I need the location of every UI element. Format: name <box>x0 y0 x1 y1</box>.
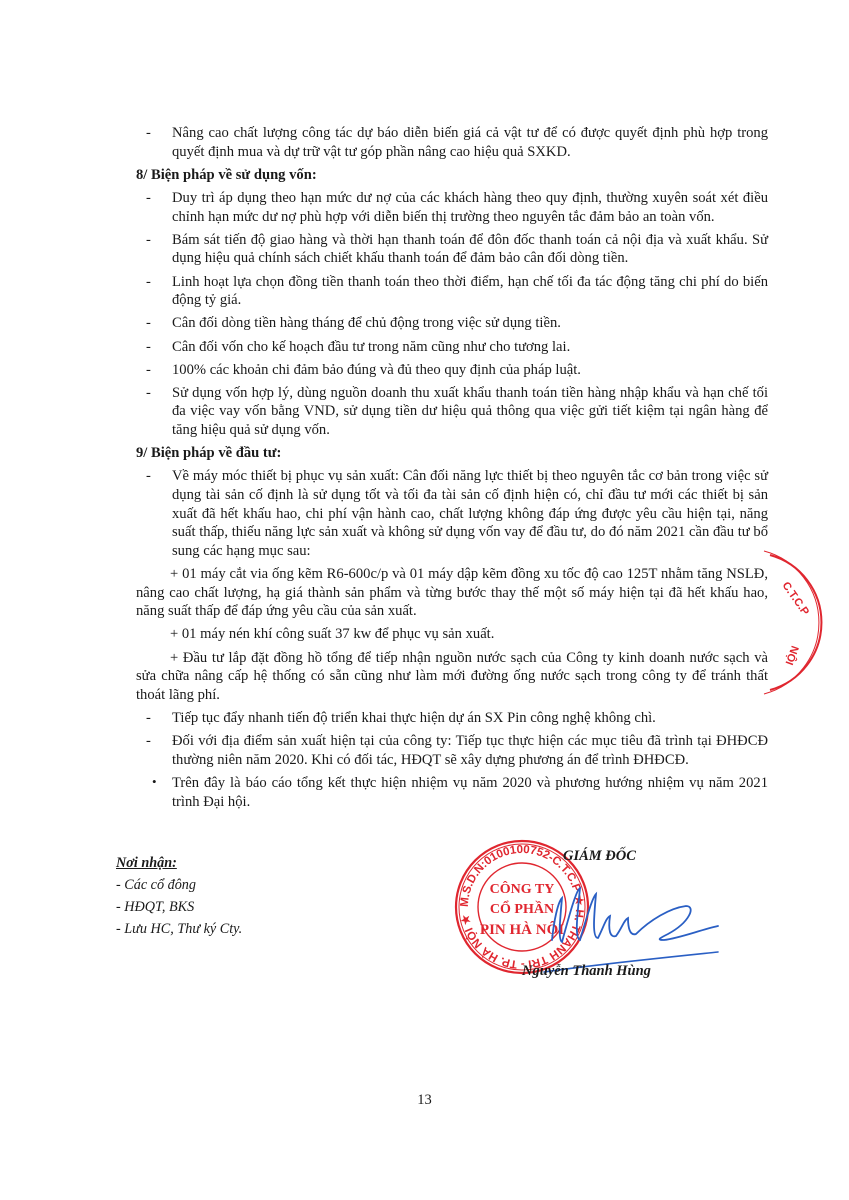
recipients-title: Nơi nhận: <box>116 852 242 874</box>
closing-text: Trên đây là báo cáo tổng kết thực hiện n… <box>172 775 768 810</box>
item-text: Đối với địa điểm sản xuất hiện tại của c… <box>172 733 768 768</box>
sub-item: + 01 máy nén khí công suất 37 kw để phục… <box>136 625 768 644</box>
dash-marker: - <box>146 124 151 143</box>
dash-marker: - <box>146 361 151 380</box>
list-item: -Sử dụng vốn hợp lý, dùng nguồn doanh th… <box>136 384 768 440</box>
recipient-item: - HĐQT, BKS <box>116 896 242 918</box>
list-item: - Nâng cao chất lượng công tác dự báo di… <box>136 124 768 161</box>
list-item: -Về máy móc thiết bị phục vụ sản xuất: C… <box>136 467 768 560</box>
svg-text:NỘI: NỘI <box>782 644 801 667</box>
dash-marker: - <box>146 189 151 208</box>
item-text: Duy trì áp dụng theo hạn mức dư nợ của c… <box>172 190 768 225</box>
list-item: -Bám sát tiến độ giao hàng và thời hạn t… <box>136 231 768 268</box>
bullet-icon: • <box>152 773 157 792</box>
section-heading-investment: 9/ Biện pháp về đầu tư: <box>136 444 768 463</box>
recipients-block: Nơi nhận: - Các cổ đông - HĐQT, BKS - Lư… <box>116 852 242 940</box>
list-item: -Duy trì áp dụng theo hạn mức dư nợ của … <box>136 189 768 226</box>
partial-seal-icon: C.T.C.P NỘI <box>760 545 849 695</box>
item-text: Cân đối vốn cho kế hoạch đầu tư trong nă… <box>172 339 570 355</box>
dash-marker: - <box>146 467 151 486</box>
sub-item: + 01 máy cắt via ống kẽm R6-600c/p và 01… <box>136 565 768 621</box>
svg-text:C.T.C.P: C.T.C.P <box>780 580 812 618</box>
item-text: Bám sát tiến độ giao hàng và thời hạn th… <box>172 232 768 267</box>
list-item: -Đối với địa điểm sản xuất hiện tại của … <box>136 732 768 769</box>
document-page: - Nâng cao chất lượng công tác dự báo di… <box>0 0 849 1200</box>
dash-marker: - <box>146 338 151 357</box>
item-text: Sử dụng vốn hợp lý, dùng nguồn doanh thu… <box>172 385 768 438</box>
item-text: Cân đối dòng tiền hàng tháng để chủ động… <box>172 315 561 331</box>
dash-marker: - <box>146 732 151 751</box>
signer-name: Nguyễn Thanh Hùng <box>522 963 651 980</box>
dash-marker: - <box>146 384 151 403</box>
section-heading-capital: 8/ Biện pháp về sử dụng vốn: <box>136 166 768 185</box>
list-item: -100% các khoản chi đảm bảo đúng và đủ t… <box>136 361 768 380</box>
dash-marker: - <box>146 314 151 333</box>
item-text: Về máy móc thiết bị phục vụ sản xuất: Câ… <box>172 468 768 558</box>
document-body: - Nâng cao chất lượng công tác dự báo di… <box>136 124 768 811</box>
item-text: Linh hoạt lựa chọn đồng tiền thanh toán … <box>172 274 768 309</box>
item-text: Nâng cao chất lượng công tác dự báo diễn… <box>172 125 768 160</box>
item-text: 100% các khoản chi đảm bảo đúng và đủ th… <box>172 362 581 378</box>
dash-marker: - <box>146 273 151 292</box>
list-item: -Cân đối dòng tiền hàng tháng để chủ độn… <box>136 314 768 333</box>
sub-item: + Đầu tư lắp đặt đồng hồ tổng để tiếp nh… <box>136 649 768 705</box>
recipient-item: - Lưu HC, Thư ký Cty. <box>116 918 242 940</box>
list-item: -Linh hoạt lựa chọn đồng tiền thanh toán… <box>136 273 768 310</box>
signer-title: GIÁM ĐỐC <box>563 848 636 865</box>
signature-block: M.S.D.N:0100100752-C.T.C.P ★ H. THANH TR… <box>440 830 720 1020</box>
list-item: -Cân đối vốn cho kế hoạch đầu tư trong n… <box>136 338 768 357</box>
dash-marker: - <box>146 709 151 728</box>
dash-marker: - <box>146 231 151 250</box>
page-number: 13 <box>0 1092 849 1109</box>
item-text: Tiếp tục đẩy nhanh tiến độ triển khai th… <box>172 710 656 726</box>
list-item: -Tiếp tục đẩy nhanh tiến độ triển khai t… <box>136 709 768 728</box>
recipient-item: - Các cổ đông <box>116 874 242 896</box>
closing-statement: • Trên đây là báo cáo tổng kết thực hiện… <box>136 774 768 811</box>
